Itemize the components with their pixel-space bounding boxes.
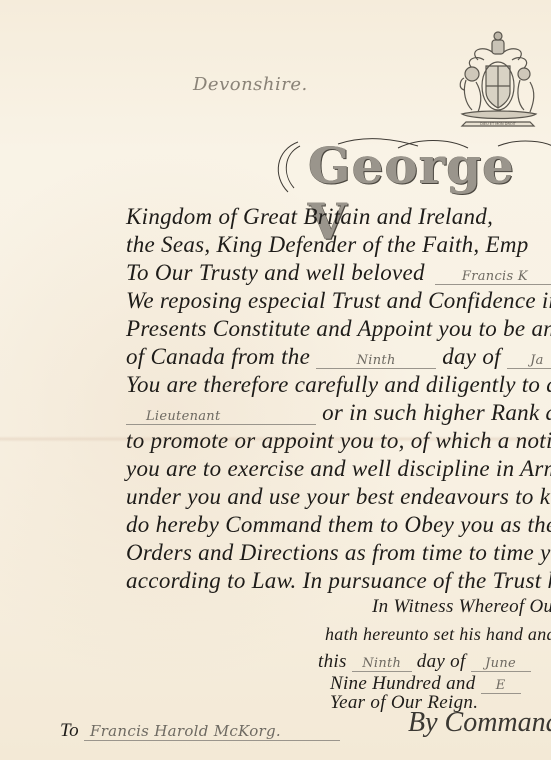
pencil-annotation: Devonshire. [193,74,308,95]
line-2: the Seas, King Defender of the Faith, Em… [126,232,529,258]
witness-line-1: In Witness Whereof Our [372,596,551,618]
date-line: this Ninth day of June [318,651,531,673]
line-9: to promote or appoint you to, of which a… [126,428,551,454]
line-6: of Canada from the Ninth day of Ja [126,344,551,370]
line-4: We reposing especial Trust and Confidenc… [126,288,551,314]
line-5: Presents Constitute and Appoint you to b… [126,316,551,342]
line-11: under you and use your best endeavours t… [126,484,551,510]
line-10: you are to exercise and well discipline … [126,456,551,482]
signing-month-field: June [471,656,531,672]
royal-coat-of-arms-icon: DIEU ET MON DROIT [458,30,551,135]
line-13: Orders and Directions as from time to ti… [126,540,551,566]
signing-day-field: Ninth [352,656,412,672]
line-8: Lieutenant or in such higher Rank as [126,400,551,426]
line-6-text: of Canada from the [126,344,310,369]
date-mid: day of [417,651,466,672]
line-8-text: or in such higher Rank as [322,400,551,425]
crest-motto: DIEU ET MON DROIT [480,122,516,126]
year-field: E [481,678,521,694]
date-prefix: this [318,651,347,672]
line-7: You are therefore carefully and diligent… [126,372,551,398]
line-14: according to Law. In pursuance of the Tr… [126,568,551,594]
rank-field: Lieutenant [126,409,316,425]
line-3-text: To Our Trusty and well beloved [126,260,425,285]
line-3: To Our Trusty and well beloved Francis K [126,260,551,286]
line-12: do hereby Command them to Obey you as th… [126,512,551,538]
commission-month-field: Ja [507,353,551,369]
commission-day-field: Ninth [316,353,436,369]
recipient-line: To Francis Harold McKorg. [60,720,340,742]
recipient-signature-field: Francis Harold McKorg. [84,722,340,741]
by-command-text: By Command of [408,707,551,739]
recipient-name-field: Francis K [435,269,551,285]
year-text: Nine Hundred and [330,673,476,694]
line-6-day-of: day of [442,344,501,369]
witness-line-2: hath hereunto set his hand and Seal [325,624,551,645]
line-1: Kingdom of Great Britain and Ireland, [126,204,493,230]
recipient-prefix: To [60,720,79,741]
document-title: George V [268,136,551,198]
